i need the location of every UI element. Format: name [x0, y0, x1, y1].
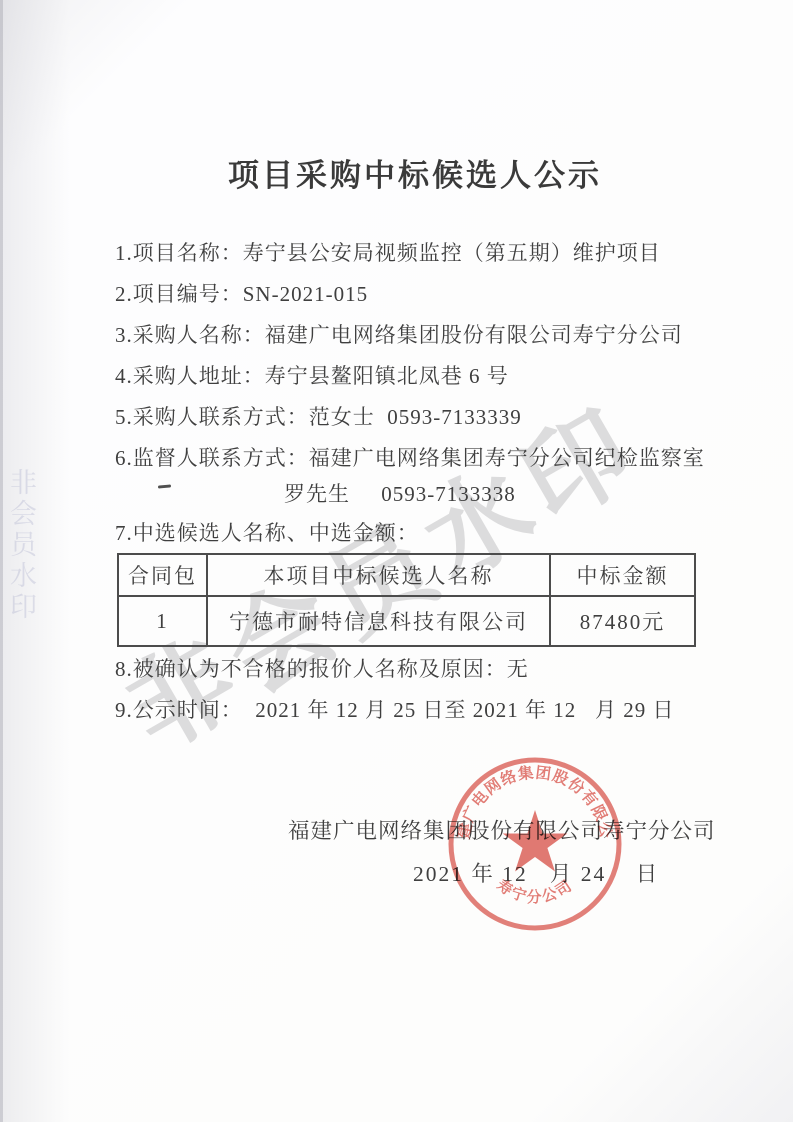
scanned-document-page: 非会员水印 非会员水印 项目采购中标候选人公示 1.项目名称：寿宁县公安局视频监… [0, 0, 793, 1122]
item-supervisor-contact-continuation: 罗先生 0593-7133338 [284, 480, 516, 508]
item-project-name: 1.项目名称：寿宁县公安局视频监控（第五期）维护项目 [115, 239, 661, 267]
item-announcement-period: 9.公示时间： 2021 年 12 月 25 日至 2021 年 12 月 29… [115, 696, 675, 724]
edge-watermark-fragment: 非会员水印 [2, 468, 41, 638]
item-supervisor-contact: 6.监督人联系方式：福建广电网络集团寿宁分公司纪检监察室 [115, 444, 705, 472]
pen-mark-artifact [158, 484, 171, 488]
item-purchaser-address: 4.采购人地址：寿宁县鳌阳镇北凤巷 6 号 [115, 362, 509, 390]
cell-award-amount: 87480元 [550, 596, 695, 646]
signature-company: 福建广电网络集团股份有限公司寿宁分公司 [288, 814, 716, 845]
item-purchaser-name: 3.采购人名称：福建广电网络集团股份有限公司寿宁分公司 [115, 321, 683, 349]
document-title: 项目采购中标候选人公示 [0, 150, 793, 195]
item-project-number: 2.项目编号：SN-2021-015 [115, 280, 368, 308]
item-winner-heading: 7.中选候选人名称、中选金额： [115, 519, 419, 547]
table-header-candidate: 本项目中标候选人名称 [207, 554, 550, 596]
cell-package-number: 1 [118, 596, 207, 646]
item-disqualified: 8.被确认为不合格的报价人名称及原因：无 [115, 655, 529, 683]
company-seal-stamp: 福建广电网络集团股份有限公司 寿宁分公司 [440, 752, 630, 942]
table-header-package: 合同包 [118, 554, 207, 596]
table-header-amount: 中标金额 [550, 554, 695, 596]
table-row: 1 宁德市耐特信息科技有限公司 87480元 [118, 596, 695, 646]
item-purchaser-contact: 5.采购人联系方式：范女士 0593-7133339 [115, 403, 522, 431]
signature-date: 2021 年 12 月 24 日 [413, 857, 659, 888]
table-header-row: 合同包 本项目中标候选人名称 中标金额 [118, 554, 695, 596]
winner-table: 合同包 本项目中标候选人名称 中标金额 1 宁德市耐特信息科技有限公司 8748… [117, 553, 696, 647]
cell-candidate-name: 宁德市耐特信息科技有限公司 [207, 596, 550, 646]
